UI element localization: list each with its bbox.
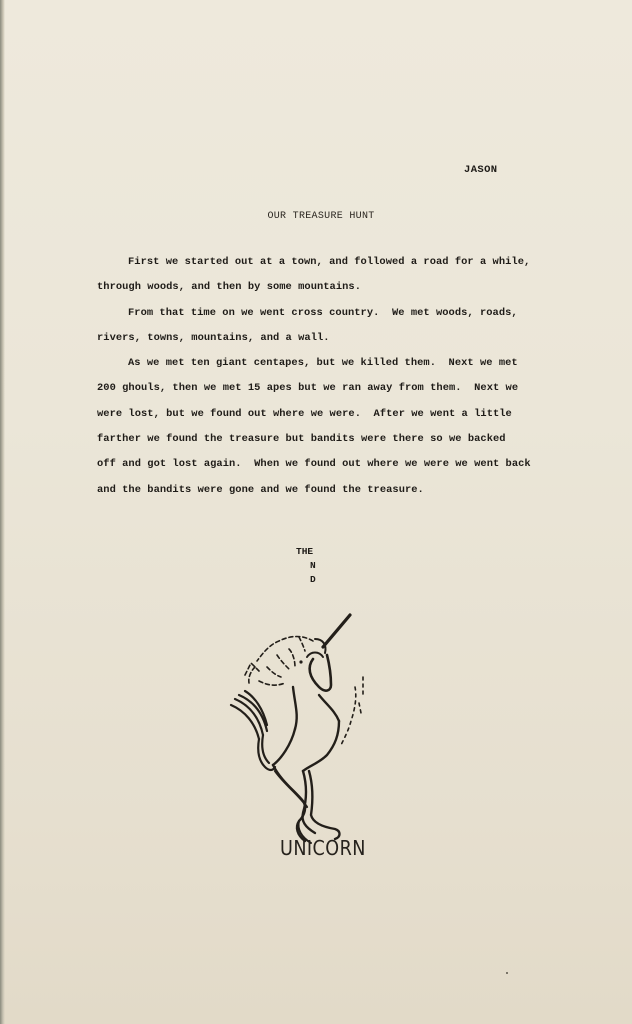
- story-title: OUR TREASURE HUNT: [0, 211, 632, 222]
- story-line: As we met ten giant centapes, but we kil…: [97, 351, 547, 376]
- story-line: through woods, and then by some mountain…: [97, 275, 547, 300]
- the-end-mark: THE N D: [296, 545, 316, 587]
- story-line: and the bandits were gone and we found t…: [97, 478, 547, 503]
- story-line: off and got lost again. When we found ou…: [97, 452, 547, 477]
- story-line: First we started out at a town, and foll…: [97, 250, 547, 275]
- author-name: JASON: [464, 164, 498, 176]
- unicorn-caption: UNICORN: [280, 836, 366, 860]
- the-end-letter-n: N: [296, 559, 316, 573]
- typed-page: JASON OUR TREASURE HUNT First we started…: [0, 0, 632, 1024]
- paper-speck: [506, 972, 508, 974]
- story-line: rivers, towns, mountains, and a wall.: [97, 326, 547, 351]
- story-line: farther we found the treasure but bandit…: [97, 427, 547, 452]
- the-end-word-the: THE: [296, 545, 316, 559]
- story-line: 200 ghouls, then we met 15 apes but we r…: [97, 376, 547, 401]
- the-end-letter-d: D: [296, 573, 316, 587]
- unicorn-drawing-icon: [215, 605, 390, 875]
- story-line: From that time on we went cross country.…: [97, 301, 547, 326]
- story-body: First we started out at a town, and foll…: [97, 250, 547, 503]
- story-line: were lost, but we found out where we wer…: [97, 402, 547, 427]
